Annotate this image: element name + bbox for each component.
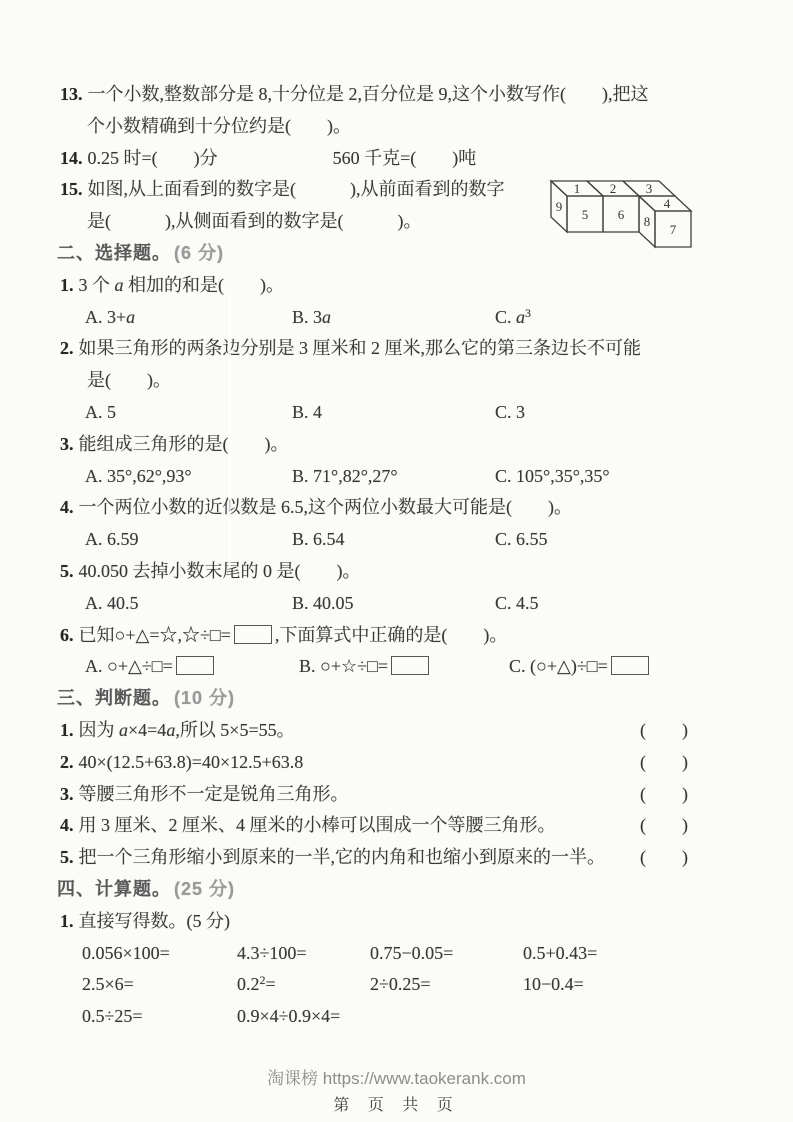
choice-4-options-item-2: B. 6.54 bbox=[292, 524, 345, 556]
calc-row-2: 2.5×6=0.22=2÷0.25=10−0.4= bbox=[57, 969, 757, 1001]
text-segment: a bbox=[115, 275, 124, 295]
choice-6-options: A. ○+△÷□=B. ○+☆÷□=C. (○+△)÷□= bbox=[57, 651, 757, 683]
choice-1-stem: 1.3 个 a 相加的和是( )。 bbox=[57, 270, 757, 302]
cube-face-label: 5 bbox=[582, 207, 589, 222]
question-number: 2. bbox=[60, 338, 74, 358]
text-segment: A. 40.5 bbox=[85, 593, 139, 613]
judge-answer-paren: ( ) bbox=[640, 715, 688, 747]
text-segment: 如图,从上面看到的数字是( ),从前面看到的数字 bbox=[88, 179, 505, 199]
calc-row-1-item-4: 0.5+0.43= bbox=[523, 938, 597, 970]
text-segment: ,下面算式中正确的是( )。 bbox=[275, 625, 508, 645]
scan-artifact-line bbox=[228, 292, 231, 567]
text-segment: 10−0.4= bbox=[523, 974, 584, 994]
choice-4-options-item-1: A. 6.59 bbox=[85, 524, 139, 556]
choice-1-options-item-3: C. a3 bbox=[495, 302, 531, 334]
text-segment: (6 分) bbox=[174, 243, 224, 263]
text-segment: 3 bbox=[525, 306, 531, 320]
choice-2-options: A. 5B. 4C. 3 bbox=[57, 397, 757, 429]
text-segment: 0.9×4÷0.9×4= bbox=[237, 1006, 340, 1026]
judge-2: 2.40×(12.5+63.8)=40×12.5+63.8( ) bbox=[57, 747, 757, 779]
q13-line1: 13.一个小数,整数部分是 8,十分位是 2,百分位是 9,这个小数写作( ),… bbox=[57, 79, 757, 111]
section-4-header: 四、计算题。(25 分) bbox=[57, 874, 757, 906]
choice-5-stem: 5.40.050 去掉小数末尾的 0 是( )。 bbox=[57, 556, 757, 588]
text-segment: a bbox=[322, 307, 331, 327]
text-segment: 0.056×100= bbox=[82, 943, 170, 963]
cube-face-label: 3 bbox=[646, 181, 653, 196]
choice-2-options-item-1: A. 5 bbox=[85, 397, 116, 429]
question-number: 4. bbox=[60, 497, 74, 517]
calc-row-3: 0.5÷25=0.9×4÷0.9×4= bbox=[57, 1001, 757, 1033]
choice-3-stem: 3.能组成三角形的是( )。 bbox=[57, 429, 757, 461]
calc-row-1: 0.056×100=4.3÷100=0.75−0.05=0.5+0.43= bbox=[57, 938, 757, 970]
choice-3-options: A. 35°,62°,93°B. 71°,82°,27°C. 105°,35°,… bbox=[57, 461, 757, 493]
choice-3-options-item-3: C. 105°,35°,35° bbox=[495, 461, 610, 493]
calc-row-1-item-3: 0.75−0.05= bbox=[370, 938, 453, 970]
question-number: 13. bbox=[60, 84, 83, 104]
text-segment: 3 个 bbox=[79, 275, 115, 295]
text-segment: 把一个三角形缩小到原来的一半,它的内角和也缩小到原来的一半。 bbox=[79, 847, 606, 867]
text-segment: 已知○+△=☆,☆÷□= bbox=[79, 625, 231, 645]
text-segment: 40.050 去掉小数末尾的 0 是( )。 bbox=[79, 561, 361, 581]
calc-1-title: 1.直接写得数。(5 分) bbox=[57, 906, 757, 938]
footer-watermark: 淘课榜 https://www.taokerank.com bbox=[0, 1064, 793, 1089]
text-segment: 等腰三角形不一定是锐角三角形。 bbox=[79, 784, 349, 804]
cube-face-label: 7 bbox=[670, 222, 677, 237]
cube-face-label: 1 bbox=[574, 181, 581, 196]
q15-cube-figure: 123456789 bbox=[545, 172, 697, 254]
judge-5: 5.把一个三角形缩小到原来的一半,它的内角和也缩小到原来的一半。( ) bbox=[57, 842, 757, 874]
text-segment: A. 3+ bbox=[85, 307, 126, 327]
text-segment: 三、判断题。 bbox=[57, 688, 171, 708]
text-segment: a bbox=[516, 307, 525, 327]
text-segment: a bbox=[166, 720, 175, 740]
text-segment: 因为 bbox=[79, 720, 120, 740]
calc-row-2-item-3: 2÷0.25= bbox=[370, 969, 431, 1001]
text-segment: C. (○+△)÷□= bbox=[509, 656, 608, 676]
text-segment: 40×(12.5+63.8)=40×12.5+63.8 bbox=[79, 752, 304, 772]
question-number: 4. bbox=[60, 815, 74, 835]
text-segment: A. 35°,62°,93° bbox=[85, 466, 192, 486]
text-segment: 用 3 厘米、2 厘米、4 厘米的小棒可以围成一个等腰三角形。 bbox=[79, 815, 556, 835]
text-segment: 0.75−0.05= bbox=[370, 943, 453, 963]
answer-box-rect bbox=[234, 625, 272, 644]
choice-2-stem2: 是( )。 bbox=[57, 365, 757, 397]
cube-face-label: 8 bbox=[644, 214, 651, 229]
cube-face-label: 6 bbox=[618, 207, 625, 222]
text-segment: (25 分) bbox=[174, 879, 235, 899]
text-segment: 是( )。 bbox=[87, 370, 171, 390]
choice-5-options: A. 40.5B. 40.05C. 4.5 bbox=[57, 588, 757, 620]
judge-answer-paren: ( ) bbox=[640, 810, 688, 842]
answer-box-rect bbox=[176, 656, 214, 675]
footer-page-number: 第 页 共 页 bbox=[0, 1092, 793, 1115]
text-segment: a bbox=[126, 307, 135, 327]
text-segment: 相加的和是( )。 bbox=[124, 275, 285, 295]
text-segment: 个小数精确到十分位约是( )。 bbox=[87, 116, 351, 136]
text-segment: C. 3 bbox=[495, 402, 525, 422]
text-segment: C. 105°,35°,35° bbox=[495, 466, 610, 486]
calc-row-3-item-2: 0.9×4÷0.9×4= bbox=[237, 1001, 340, 1033]
question-number: 3. bbox=[60, 784, 74, 804]
text-segment: B. 40.05 bbox=[292, 593, 354, 613]
text-segment: A. 5 bbox=[85, 402, 116, 422]
choice-2-options-item-3: C. 3 bbox=[495, 397, 525, 429]
text-segment: A. ○+△÷□= bbox=[85, 656, 173, 676]
judge-4: 4.用 3 厘米、2 厘米、4 厘米的小棒可以围成一个等腰三角形。( ) bbox=[57, 810, 757, 842]
text-segment: 0.25 时=( )分 bbox=[88, 148, 218, 168]
text-segment: (10 分) bbox=[174, 688, 235, 708]
question-number: 6. bbox=[60, 625, 74, 645]
choice-1-options-item-2: B. 3a bbox=[292, 302, 331, 334]
text-segment: A. 6.59 bbox=[85, 529, 139, 549]
judge-answer-paren: ( ) bbox=[640, 747, 688, 779]
question-number: 3. bbox=[60, 434, 74, 454]
answer-box-rect bbox=[611, 656, 649, 675]
calc-row-1-item-1: 0.056×100= bbox=[82, 938, 170, 970]
text-segment: 2.5×6= bbox=[82, 974, 134, 994]
text-segment: 560 千克=( )吨 bbox=[333, 148, 477, 168]
text-segment: 一个小数,整数部分是 8,十分位是 2,百分位是 9,这个小数写作( ),把这 bbox=[88, 84, 649, 104]
calc-row-3-item-1: 0.5÷25= bbox=[82, 1001, 143, 1033]
q13-line2: 个小数精确到十分位约是( )。 bbox=[57, 111, 757, 143]
text-segment: ,所以 5×5=55。 bbox=[175, 720, 294, 740]
q14: 14.0.25 时=( )分560 千克=( )吨 bbox=[57, 143, 757, 175]
cube-face-label: 9 bbox=[556, 199, 563, 214]
text-segment: B. 3 bbox=[292, 307, 322, 327]
judge-answer-paren: ( ) bbox=[640, 779, 688, 811]
choice-3-options-item-1: A. 35°,62°,93° bbox=[85, 461, 192, 493]
question-number: 2. bbox=[60, 752, 74, 772]
text-segment: B. 6.54 bbox=[292, 529, 345, 549]
text-segment: 直接写得数。(5 分) bbox=[79, 911, 231, 931]
choice-4-options-item-3: C. 6.55 bbox=[495, 524, 548, 556]
text-segment: C. 6.55 bbox=[495, 529, 548, 549]
choice-2-options-item-2: B. 4 bbox=[292, 397, 322, 429]
question-number: 5. bbox=[60, 561, 74, 581]
answer-box-rect bbox=[391, 656, 429, 675]
choice-6-options-item-2: B. ○+☆÷□= bbox=[299, 651, 432, 683]
choice-5-options-item-3: C. 4.5 bbox=[495, 588, 539, 620]
calc-row-1-item-2: 4.3÷100= bbox=[237, 938, 307, 970]
question-number: 1. bbox=[60, 720, 74, 740]
text-segment: 四、计算题。 bbox=[57, 879, 171, 899]
choice-6-stem: 6.已知○+△=☆,☆÷□=,下面算式中正确的是( )。 bbox=[57, 620, 757, 652]
text-segment: B. 71°,82°,27° bbox=[292, 466, 398, 486]
text-segment: 能组成三角形的是( )。 bbox=[79, 434, 289, 454]
choice-4-stem: 4.一个两位小数的近似数是 6.5,这个两位小数最大可能是( )。 bbox=[57, 492, 757, 524]
text-segment: C. 4.5 bbox=[495, 593, 539, 613]
cube-face-label: 2 bbox=[610, 181, 617, 196]
judge-3: 3.等腰三角形不一定是锐角三角形。( ) bbox=[57, 779, 757, 811]
text-segment: B. 4 bbox=[292, 402, 322, 422]
text-segment: 一个两位小数的近似数是 6.5,这个两位小数最大可能是( )。 bbox=[79, 497, 573, 517]
calc-row-2-item-1: 2.5×6= bbox=[82, 969, 134, 1001]
question-number: 5. bbox=[60, 847, 74, 867]
text-segment: 是( ),从侧面看到的数字是( )。 bbox=[87, 211, 421, 231]
choice-1-options: A. 3+aB. 3aC. a3 bbox=[57, 302, 757, 334]
text-segment: 0.2 bbox=[237, 974, 260, 994]
text-segment: B. ○+☆÷□= bbox=[299, 656, 388, 676]
choice-4-options: A. 6.59B. 6.54C. 6.55 bbox=[57, 524, 757, 556]
cube-face-label: 4 bbox=[664, 196, 671, 211]
choice-3-options-item-2: B. 71°,82°,27° bbox=[292, 461, 398, 493]
text-segment: a bbox=[119, 720, 128, 740]
choice-6-options-item-1: A. ○+△÷□= bbox=[85, 651, 217, 683]
text-segment: 如果三角形的两条边分别是 3 厘米和 2 厘米,那么它的第三条边长不可能 bbox=[79, 338, 642, 358]
text-segment: 0.5÷25= bbox=[82, 1006, 143, 1026]
judge-answer-paren: ( ) bbox=[640, 842, 688, 874]
question-number: 1. bbox=[60, 911, 74, 931]
cube-stack-figure: 123456789 bbox=[545, 172, 695, 252]
question-number: 1. bbox=[60, 275, 74, 295]
text-segment: 0.5+0.43= bbox=[523, 943, 597, 963]
text-segment: = bbox=[266, 974, 276, 994]
choice-2-stem: 2.如果三角形的两条边分别是 3 厘米和 2 厘米,那么它的第三条边长不可能 bbox=[57, 333, 757, 365]
choice-5-options-item-2: B. 40.05 bbox=[292, 588, 354, 620]
text-segment: C. bbox=[495, 307, 516, 327]
text-segment: 2÷0.25= bbox=[370, 974, 431, 994]
text-segment: 二、选择题。 bbox=[57, 243, 171, 263]
calc-row-2-item-4: 10−0.4= bbox=[523, 969, 584, 1001]
text-segment: ×4=4 bbox=[128, 720, 166, 740]
choice-6-options-item-3: C. (○+△)÷□= bbox=[509, 651, 652, 683]
section-3-header: 三、判断题。(10 分) bbox=[57, 683, 757, 715]
judge-1: 1.因为 a×4=4a,所以 5×5=55。( ) bbox=[57, 715, 757, 747]
question-number: 15. bbox=[60, 179, 83, 199]
calc-row-2-item-2: 0.22= bbox=[237, 969, 276, 1001]
choice-1-options-item-1: A. 3+a bbox=[85, 302, 135, 334]
choice-5-options-item-1: A. 40.5 bbox=[85, 588, 139, 620]
text-segment: 4.3÷100= bbox=[237, 943, 307, 963]
question-number: 14. bbox=[60, 148, 83, 168]
